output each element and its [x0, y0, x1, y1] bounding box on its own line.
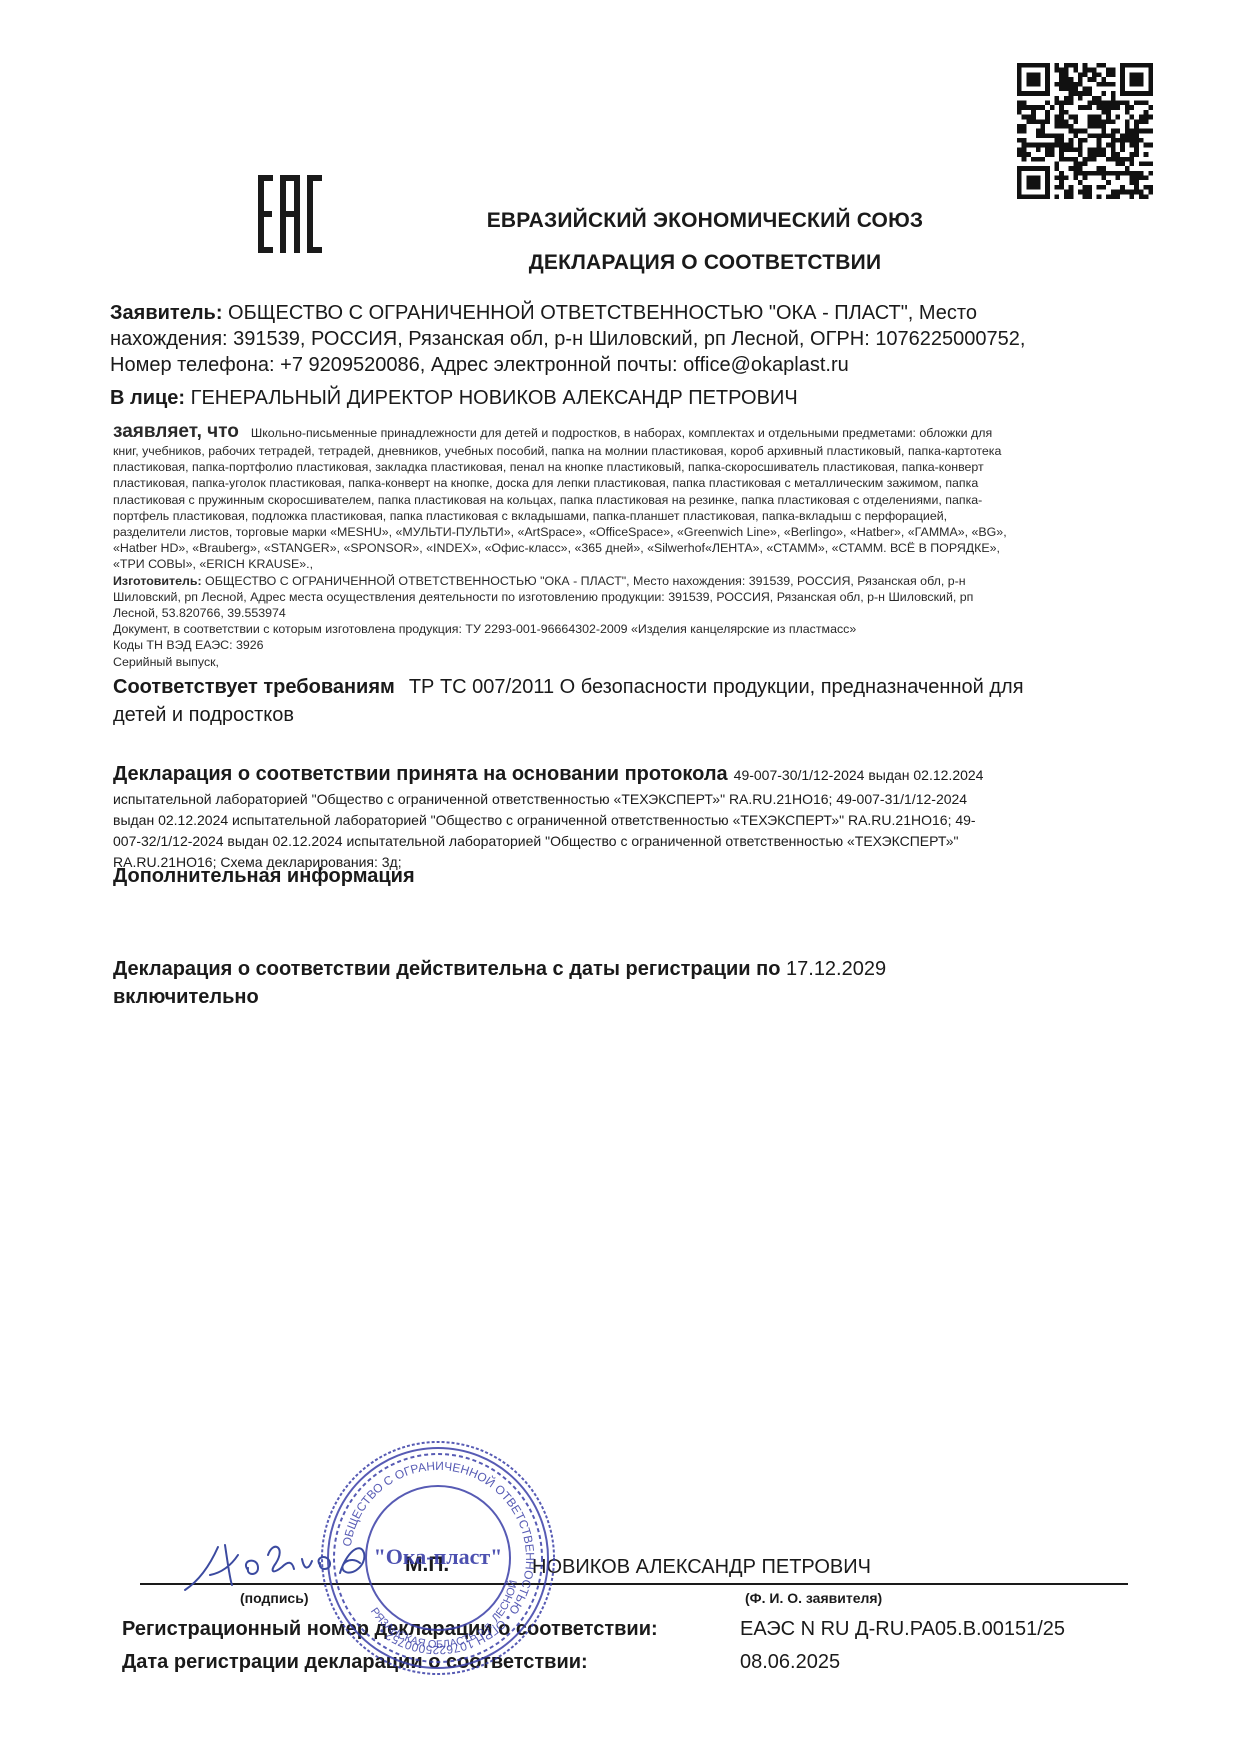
handwritten-signature-icon	[180, 1535, 440, 1595]
product-line: Школьно-письменные принадлежности для де…	[251, 426, 992, 440]
product-line: пластиковая с пружинным скоросшивателем,…	[113, 492, 1133, 508]
product-line: пластиковая, папка-портфолио пластиковая…	[113, 459, 1133, 475]
applicant-line: ОБЩЕСТВО С ОГРАНИЧЕННОЙ ОТВЕТСТВЕННОСТЬЮ…	[223, 302, 977, 324]
conforms-label: Соответствует требованиям	[113, 676, 395, 698]
registration-date-value: 08.06.2025	[740, 1651, 840, 1674]
applicant-line: Номер телефона: +7 9209520086, Адрес эле…	[110, 352, 1130, 378]
protocol-line: выдан 02.12.2024 испытательной лаборатор…	[113, 810, 1143, 831]
representative-label: В лице:	[110, 387, 185, 409]
applicant-name: НОВИКОВ АЛЕКСАНДР ПЕТРОВИЧ	[532, 1556, 871, 1579]
applicant-label: Заявитель:	[110, 302, 223, 324]
protocol-section: Декларация о соответствии принята на осн…	[113, 760, 1143, 873]
product-line: разделители листов, торговые марки «MESH…	[113, 524, 1133, 540]
representative-section: В лице: ГЕНЕРАЛЬНЫЙ ДИРЕКТОР НОВИКОВ АЛЕ…	[110, 385, 798, 411]
conforms-line: ТР ТС 007/2011 О безопасности продукции,…	[409, 676, 1024, 698]
union-title: ЕВРАЗИЙСКИЙ ЭКОНОМИЧЕСКИЙ СОЮЗ	[190, 209, 1220, 233]
registration-number-value: ЕАЭС N RU Д-RU.PA05.B.00151/25	[740, 1618, 1065, 1641]
tn-ved-line: Коды ТН ВЭД ЕАЭС: 3926	[113, 637, 1133, 653]
protocol-line: 007-32/1/12-2024 выдан 02.12.2024 испыта…	[113, 831, 1143, 852]
document-line: Документ, в соответствии с которым изгот…	[113, 621, 1133, 637]
declares-label: заявляет, что	[113, 421, 239, 442]
product-line: «ТРИ СОВЫ», «ERICH KRAUSE».,	[113, 556, 1133, 572]
manufacturer-line: ОБЩЕСТВО С ОГРАНИЧЕННОЙ ОТВЕТСТВЕННОСТЬЮ…	[202, 574, 966, 588]
product-line: книг, учебников, рабочих тетрадей, тетра…	[113, 443, 1133, 459]
document-title: ДЕКЛАРАЦИЯ О СООТВЕТСТВИИ	[190, 251, 1220, 275]
product-line: портфель пластиковая, подложка пластиков…	[113, 508, 1133, 524]
manufacturer-line: Лесной, 53.820766, 39.553974	[113, 605, 1133, 621]
product-line: «Hatber HD», «Brauberg», «STANGER», «SPO…	[113, 540, 1133, 556]
applicant-line: нахождения: 391539, РОССИЯ, Рязанская об…	[110, 326, 1130, 352]
validity-section: Декларация о соответствии действительна …	[113, 955, 1133, 1011]
product-line: пластиковая, папка-уголок пластиковая, п…	[113, 475, 1133, 491]
protocol-line: 49-007-30/1/12-2024 выдан 02.12.2024	[734, 767, 984, 783]
validity-suffix: включительно	[113, 986, 259, 1008]
serial-line: Серийный выпуск,	[113, 654, 1133, 670]
manufacturer-label: Изготовитель:	[113, 574, 202, 588]
conforms-line: детей и подростков	[113, 701, 1133, 729]
declaration-body: заявляет, чтоШкольно-письменные принадле…	[113, 422, 1133, 670]
name-line	[532, 1583, 1128, 1585]
manufacturer-line: Шиловский, рп Лесной, Адрес места осущес…	[113, 589, 1133, 605]
protocol-line: испытательной лабораторией "Общество с о…	[113, 789, 1143, 810]
qr-code-icon[interactable]	[1017, 63, 1153, 199]
applicant-caption: (Ф. И. О. заявителя)	[745, 1590, 882, 1606]
validity-date: 17.12.2029	[780, 958, 886, 980]
protocol-label: Декларация о соответствии принята на осн…	[113, 763, 728, 785]
extra-info-heading: Дополнительная информация	[113, 865, 415, 888]
representative-value: ГЕНЕРАЛЬНЫЙ ДИРЕКТОР НОВИКОВ АЛЕКСАНДР П…	[185, 387, 798, 409]
validity-label: Декларация о соответствии действительна …	[113, 958, 780, 980]
conformity-section: Соответствует требованиямТР ТС 007/2011 …	[113, 673, 1133, 729]
applicant-section: Заявитель: ОБЩЕСТВО С ОГРАНИЧЕННОЙ ОТВЕТ…	[110, 300, 1130, 378]
